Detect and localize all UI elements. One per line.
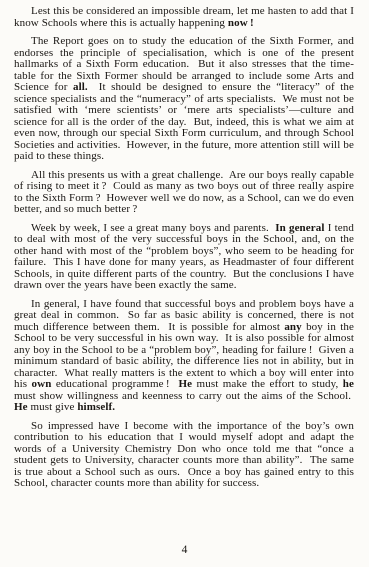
paragraph: Week by week, I see a great many boys an…: [14, 223, 354, 292]
paragraph: Lest this be considered an impossible dr…: [14, 6, 354, 29]
page-paragraphs: Lest this be considered an impossible dr…: [14, 6, 354, 490]
paragraph: In general, I have found that successful…: [14, 299, 354, 414]
paragraph: The Report goes on to study the educatio…: [14, 36, 354, 163]
scanned-book-page: Lest this be considered an impossible dr…: [0, 0, 369, 567]
paragraph: All this presents us with a great challe…: [14, 170, 354, 216]
page-number: 4: [0, 544, 369, 556]
paragraph: So impressed have I become with the impo…: [14, 421, 354, 490]
